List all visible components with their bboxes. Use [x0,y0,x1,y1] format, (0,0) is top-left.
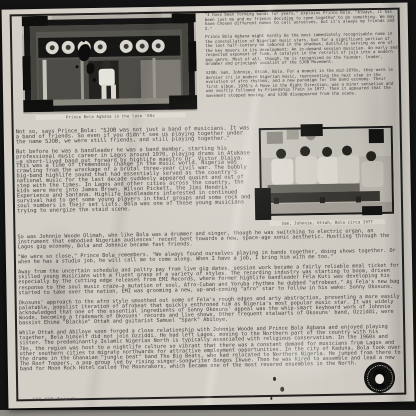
ink-splotch [76,65,79,68]
tape-mark [255,188,272,220]
bottom-text-block: So was Johnnie Woode Olimah, who like Bo… [17,229,403,378]
paper-insert: Prince Bola Agbana in the late '80s "I h… [2,2,415,408]
paragraph-not-so-quote: Not so, says Prince Bola: "SJOB was not … [16,126,252,145]
tape-mark [362,206,382,215]
ink-dot [273,377,276,381]
scanned-liner-notes-insert: Prince Bola Agbana in the late '80s "I h… [0,0,416,416]
paragraph-northern-years: While Ottah and Abiloye soon forged a cl… [19,325,404,373]
ink-splotch [93,78,96,82]
tape-mark [301,124,323,136]
ink-dot [280,387,284,392]
ink-splotch [82,39,85,42]
scanner-bed-strip [0,410,416,416]
bench [268,183,360,193]
wall-poster [267,132,283,144]
middle-row: Not so, says Prince Bola: "SJOB was not … [16,124,404,231]
paragraph-bio-intro: Prince Bola Agbana might hardly be the m… [205,32,400,67]
logo-base [374,384,385,388]
catalog-number: COQ-019-Insert [32,397,75,403]
tape-mark [369,129,384,143]
logo-face [375,374,384,384]
paragraph-intro-quote: "I have been forming bands for years," e… [205,10,399,32]
paragraph-sjob-history: SJOB: Sam, Johnnie, Ottah, Bola. For a m… [206,68,400,99]
paragraph-okosuns: Okosuns' approach to the afro style smoo… [19,294,403,327]
photo-prince-bola-image [22,13,198,114]
ink-dot [270,397,272,400]
intro-text-column: "I have been forming bands for years," e… [205,10,401,103]
photo-prince-bola: Prince Bola Agbana in the late '80s [22,13,198,120]
photo-sjob-band: Sam, Johnnie, Ottah, Bola circa 1977 [259,126,395,226]
paragraph-band-member-history: But before he was a bandleader he was a … [16,146,253,214]
paragraph-session-work: Away from the uncertain schedule and pal… [18,264,402,297]
middle-text-column: Not so, says Prince Bola: "SJOB was not … [16,126,254,230]
